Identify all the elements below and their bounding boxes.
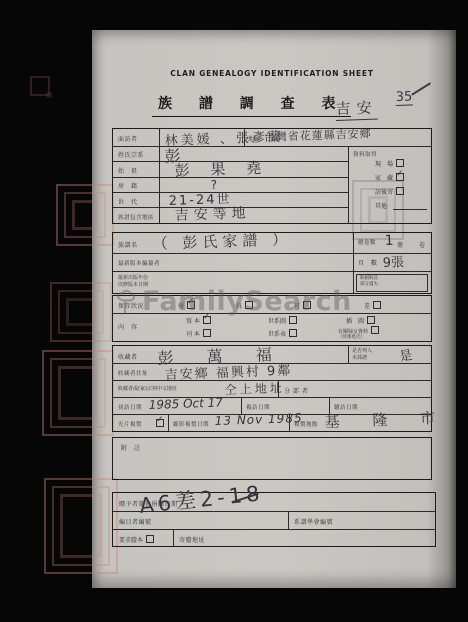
volumes-value: 1 [384, 233, 393, 249]
content-option-label: 刊 本 [186, 331, 200, 338]
branch-label: 房 籍 [118, 181, 138, 190]
branch-owner-label: 分 部 者 [284, 386, 308, 395]
divider [288, 511, 289, 529]
damage-status-box: 缺損缺頁部分遺失 [356, 274, 428, 292]
preservation-option-label: 差 [364, 303, 370, 310]
content-label: 內 容 [118, 322, 138, 331]
handwritten-place-annotation: 吉安 [335, 97, 378, 121]
microfilm-scan: CLAN GENEALOGY IDENTIFICATION SHEET 族 譜 … [0, 0, 468, 622]
seal-stamp [42, 350, 114, 436]
preservation-option-label: 可 [294, 303, 300, 310]
handwritten-number-annotation: 35 [395, 89, 412, 106]
genealogy-name-value: （ 彭氏家譜 ） [152, 228, 292, 254]
content-option-label: 寫 本 [186, 318, 200, 325]
checkbox: ✓ [203, 316, 211, 324]
divider [348, 146, 349, 223]
source-option-label: 現 場 [375, 161, 393, 168]
preservation-option-label: 良 [236, 303, 242, 310]
damage-label: 缺損缺頁部分遺失 [360, 276, 378, 288]
divider [159, 129, 160, 223]
genealogy-name-label: 族譜名 [118, 240, 138, 249]
generation-label: 世 代 [118, 197, 138, 206]
checkmark: ✓ [203, 312, 211, 322]
seal-stamp [50, 282, 112, 342]
checkbox [303, 301, 311, 309]
content-option-label: 世系表 [268, 331, 286, 338]
volumes-unit-a: 冊 [397, 240, 404, 249]
pages-value: 9張 [382, 251, 404, 271]
checkmark: ✓ [187, 297, 195, 307]
seal-stamp [56, 184, 114, 246]
coverage-value: 吉安等地 [174, 202, 251, 225]
genealogy-table: 族譜名 （ 彭氏家譜 ） 總卷數 1 冊 卷 最新版本編纂者 頁 數 9張 最新… [112, 232, 432, 294]
cn-address-label: 收藏者或(家)宗祠中文地址 [118, 386, 177, 393]
notes-box: 附 註 [112, 437, 432, 480]
checkbox [396, 187, 404, 195]
divider [278, 380, 279, 397]
cn-address-value: 仝上地址 [224, 379, 285, 398]
volumes-label: 總卷數 [358, 238, 376, 246]
survey-table: 面訪者 林美媛 、張彥蘭 地區 台灣省花蓮縣吉安鄉 姓氏宗系 彭 始 祖 彭 果… [112, 128, 432, 224]
founder-label: 始 祖 [118, 166, 138, 175]
volumes-unit-b: 卷 [419, 240, 426, 249]
content-option-label: 世系圖 [268, 318, 286, 325]
fill-in-line [393, 209, 427, 210]
divider [348, 346, 349, 363]
source-box-title: 資料取得 [353, 150, 377, 158]
checkbox [289, 316, 297, 324]
english-title: CLAN GENEALOGY IDENTIFICATION SHEET [112, 69, 432, 78]
notes-label: 附 註 [121, 443, 141, 452]
mail-address-label: 寄謄地址 [179, 535, 205, 544]
first-visit-value: 1985 Oct 17 [149, 395, 224, 412]
checkbox: ✓ [187, 301, 195, 309]
divider [113, 313, 431, 314]
compiler-label: 最新版本編纂者 [118, 259, 160, 267]
condition-table: 保存狀況 優✓ 良 可 差 內 容 寫 本✓ 刊 本 世系圖 世系表 插 圖 有… [112, 295, 432, 342]
divider [353, 233, 354, 293]
divider [241, 397, 242, 414]
checkbox: ✓ [156, 419, 164, 427]
divider [173, 529, 174, 546]
collector-table: 收藏者 彭 萬 福 是否列入未採譜 是 收藏者住址 吉安鄉 福興村 9鄰 收藏者… [112, 345, 432, 432]
source-option-label: 家 藏 [375, 175, 393, 182]
checkbox [146, 535, 154, 543]
checkbox: ✓ [396, 173, 404, 181]
collector-address-label: 收藏者住址 [118, 369, 148, 377]
divider [348, 146, 431, 147]
copy-date-label: 縮影複製日期 [173, 420, 209, 428]
region-label: 地區 [248, 134, 261, 143]
collector-name-label: 收藏者 [118, 352, 138, 361]
content-note: （母係姓氏） [338, 334, 365, 341]
seal-stamp [44, 478, 118, 574]
checkbox [396, 159, 404, 167]
divider [289, 414, 290, 431]
pages-label: 頁 數 [358, 258, 378, 267]
checkbox [245, 301, 253, 309]
seal-stamp [30, 76, 50, 96]
checkmark: ✓ [396, 169, 404, 179]
divider [113, 271, 431, 272]
founder-value: 彭 果 堯 [174, 157, 269, 181]
source-option-label: 其他 [375, 203, 387, 210]
divider [168, 414, 169, 431]
listed-value: 是 [398, 344, 414, 365]
copy-place-value: 基 隆 市 [324, 407, 449, 432]
checkbox [367, 316, 375, 324]
coverage-label: 族譜包含地區 [118, 213, 154, 221]
region-value: 台灣省花蓮縣吉安鄉 [263, 125, 371, 145]
checkbox [289, 329, 297, 337]
revisit-label: 複訪日期 [246, 403, 270, 411]
listed-label: 是否列入未採譜 [352, 348, 372, 362]
copy-place-label: 複製地點 [294, 420, 318, 428]
preservation-label: 保存狀況 [118, 301, 144, 310]
source-option-label: 訪後寄 [375, 189, 393, 196]
checkbox [203, 329, 211, 337]
content-option-label: 插 圖 [346, 318, 364, 325]
checkbox [371, 326, 379, 334]
society-no-label: 系譜學會編號 [294, 517, 333, 526]
first-visit-label: 初訪日期 [118, 403, 142, 411]
cataloging-table: 贈予者簽執捐贈日期 編目者編號 系譜學會編號 A6差2-18 要求謄本 寄謄地址 [112, 492, 436, 547]
film-copy-label: 光片複製 [118, 420, 142, 428]
checkbox [373, 301, 381, 309]
preservation-option-label: 優 [178, 303, 184, 310]
interviewer-label: 面訪者 [118, 134, 138, 143]
surname-label: 姓氏宗系 [118, 150, 144, 159]
form-title: 族 譜 調 查 表 [152, 93, 351, 117]
checkmark: ✓ [156, 415, 164, 425]
divider [113, 529, 435, 530]
edition-label: 最新出版年份次修版本日期 [118, 275, 148, 289]
copy-request-label: 要求謄本 [119, 537, 143, 544]
